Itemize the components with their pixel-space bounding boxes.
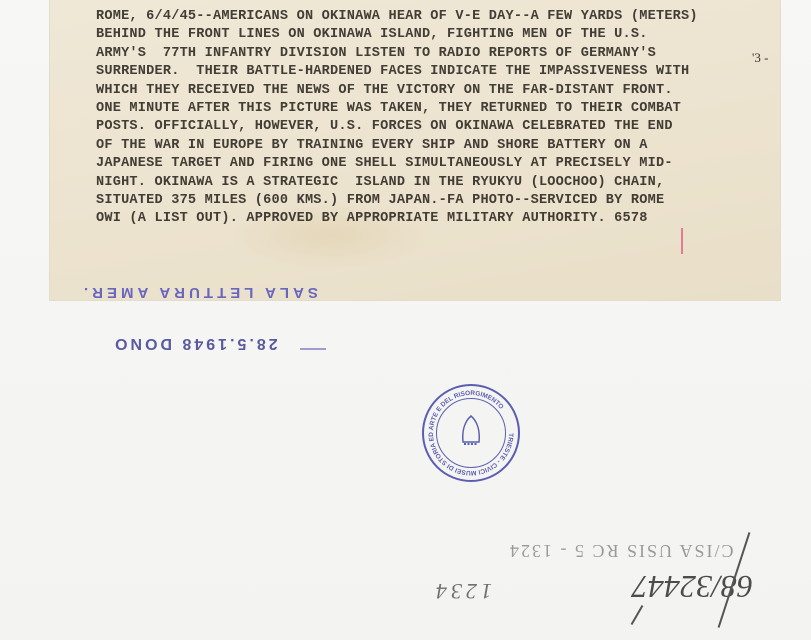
caption-text: ROME, 6/4/45--AMERICANS ON OKINAWA HEAR …: [96, 8, 756, 229]
caption-line: OWI (A LIST OUT). APPROVED BY APPROPRIAT…: [96, 211, 648, 226]
museum-seal: TRIESTE - CIVICI MUSEI DI STORIA ED ARTE…: [422, 384, 520, 482]
caption-line: OF THE WAR IN EUROPE BY TRAINING EVERY S…: [96, 138, 648, 153]
date-stamp: 28.5.1948 DONO: [112, 334, 278, 352]
caption-line: WHICH THEY RECEIVED THE NEWS OF THE VICT…: [96, 83, 673, 98]
seal-inner-ring: [436, 398, 506, 468]
caption-line: ROME, 6/4/45--AMERICANS ON OKINAWA HEAR …: [96, 9, 698, 24]
caption-line: BEHIND THE FRONT LINES ON OKINAWA ISLAND…: [96, 27, 648, 42]
caption-line: SITUATED 375 MILES (600 KMS.) FROM JAPAN…: [96, 193, 664, 208]
caption-line: NIGHT. OKINAWA IS A STRATEGIC ISLAND IN …: [96, 175, 664, 190]
caption-slip: ROME, 6/4/45--AMERICANS ON OKINAWA HEAR …: [50, 0, 780, 300]
usis-note: C/ISA USIS RC 5 - 1324: [508, 540, 734, 561]
page-mark: '3 -: [752, 50, 768, 66]
stamp-dash: [300, 348, 326, 350]
caption-line: SURRENDER. THEIR BATTLE-HARDENED FACES I…: [96, 64, 689, 79]
caption-line: ONE MINUTE AFTER THIS PICTURE WAS TAKEN,…: [96, 101, 681, 116]
caption-line: ARMY'S 77TH INFANTRY DIVISION LISTEN TO …: [96, 46, 656, 61]
caption-line: POSTS. OFFICIALLY, HOWEVER, U.S. FORCES …: [96, 119, 673, 134]
caption-line: JAPANESE TARGET AND FIRING ONE SHELL SIM…: [96, 156, 673, 171]
pencil-number: 1234: [432, 578, 492, 604]
red-pencil-mark: [681, 228, 683, 254]
library-stamp: SALA LETTURA AMER.: [80, 284, 318, 301]
